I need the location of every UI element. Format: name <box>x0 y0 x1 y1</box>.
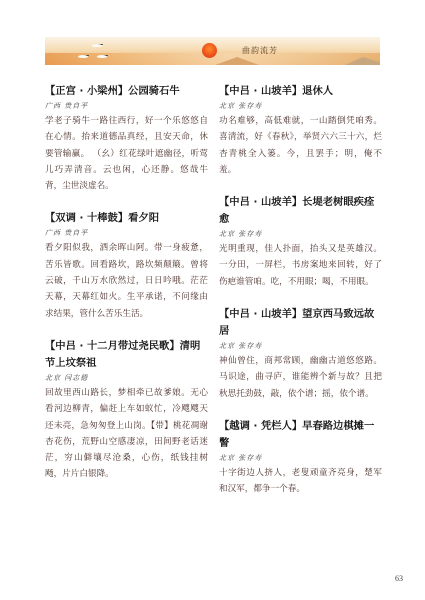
poem-title: 【正宫 · 小梁州】公园骑石牛 <box>45 83 208 100</box>
poem-author: 北京 张存寿 <box>219 452 382 464</box>
poem-title: 【中吕 · 十二月带过尧民歌】清明节上坟祭祖 <box>45 338 208 372</box>
sun-icon <box>202 43 217 58</box>
poem-body: 回故里西山路长，梦相牵已故爹娘。无心看河边柳青，偏赶上车如蚁忙，冷飕飕天还未亮，… <box>45 385 208 483</box>
poem-author: 北京 张存寿 <box>219 228 382 240</box>
poem-author: 广西 贵自平 <box>45 100 208 112</box>
poem: 【中吕 · 山坡羊】望京西马致远故居 北京 张存寿 神仙曾住，商邦常顾，幽幽古道… <box>219 306 382 402</box>
poem-author: 北京 张存寿 <box>219 100 382 112</box>
poem-title: 【越调 · 凭栏人】早春路边棋摊一瞥 <box>219 418 382 452</box>
poem-author: 北京 张存寿 <box>219 340 382 352</box>
left-column: 【正宫 · 小梁州】公园骑石牛 广西 贵自平 学老子骑牛一路往西行，好一个乐悠悠… <box>45 83 208 495</box>
header-banner: 曲韵流芳 <box>45 37 380 65</box>
poem: 【中吕 · 山坡羊】长堤老树眼疾痊愈 北京 张存寿 光明重现，佳人扑面，抬头又是… <box>219 194 382 290</box>
poem-title: 【双调 · 十棒鼓】看夕阳 <box>45 210 208 227</box>
poem-title: 【中吕 · 山坡羊】退休人 <box>219 83 382 100</box>
poem-body: 学老子骑牛一路往西行，好一个乐悠悠自在心情。抬来道德品真经，且安天命，休要管输赢… <box>45 113 208 194</box>
poem-body: 功名难够，高低难就，一山踏倒凭咱秀。喜清流，好《春秋》，举贤六六三十六，烂杏青桃… <box>219 113 382 178</box>
poem: 【双调 · 十棒鼓】看夕阳 广西 贵自平 看夕阳似我，洒余晖山阿。带一身疲惫，苦… <box>45 210 208 321</box>
poem: 【越调 · 凭栏人】早春路边棋摊一瞥 北京 张存寿 十字街边人挤人，老叟顽童齐亮… <box>219 418 382 498</box>
crane-icon <box>78 53 88 58</box>
banner-title: 曲韵流芳 <box>242 45 278 56</box>
poem: 【中吕 · 十二月带过尧民歌】清明节上坟祭祖 北京 闫志德 回故里西山路长，梦相… <box>45 338 208 483</box>
poem-body: 光明重现，佳人扑面，抬头又是英雄汉。一分田，一屏栏，书房案地来回转，好了伤疤谁管… <box>219 241 382 290</box>
crane-icon <box>97 53 107 58</box>
poem-title: 【中吕 · 山坡羊】长堤老树眼疾痊愈 <box>219 194 382 228</box>
poem-title: 【中吕 · 山坡羊】望京西马致远故居 <box>219 306 382 340</box>
page-number: 63 <box>395 574 403 583</box>
poem: 【正宫 · 小梁州】公园骑石牛 广西 贵自平 学老子骑牛一路往西行，好一个乐悠悠… <box>45 83 208 194</box>
right-column: 【中吕 · 山坡羊】退休人 北京 张存寿 功名难够，高低难就，一山踏倒凭咱秀。喜… <box>219 83 382 510</box>
poem-author: 广西 贵自平 <box>45 227 208 239</box>
poem: 【中吕 · 山坡羊】退休人 北京 张存寿 功名难够，高低难就，一山踏倒凭咱秀。喜… <box>219 83 382 178</box>
crane-icon <box>92 42 102 47</box>
poem-body: 看夕阳似我，洒余晖山阿。带一身疲惫，苦乐皆歌。回看路坎，路坎频颠簸。曾将云破，千… <box>45 240 208 321</box>
poem-body: 神仙曾住，商邦常顾，幽幽古道悠悠路。马识途，曲寻庐，谁能辨个新与故？且把秋思托劲… <box>219 353 382 402</box>
mountain-icon <box>345 57 380 65</box>
poem-author: 北京 闫志德 <box>45 372 208 384</box>
mountain-icon <box>215 57 259 65</box>
poem-body: 十字街边人挤人，老叟顽童齐亮身，楚军和汉军，都争一个春。 <box>219 465 382 498</box>
